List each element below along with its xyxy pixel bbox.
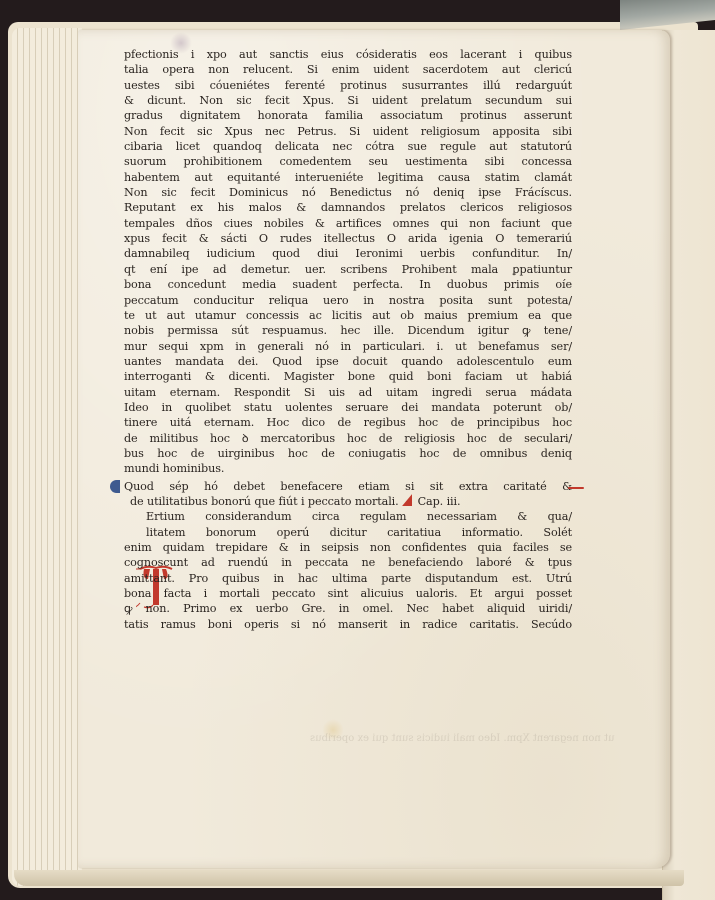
text-line: gradus dignitatem honorata familia assoc… — [124, 108, 572, 123]
red-line-filler — [568, 487, 584, 489]
text-line: uantes mandata dei. Quod ipse docuit qua… — [124, 354, 572, 369]
text-line: bus hoc de uirginibus hoc de coniugatis … — [124, 446, 572, 461]
text-line: habentem aut equitanté interueniéte legi… — [124, 170, 572, 185]
text-line: Ideo in quolibet statu uolentes seruare … — [124, 400, 572, 415]
text-line: damnabileq iudicium quod diui Ieronimi u… — [124, 246, 572, 261]
red-paragraph-mark-icon — [402, 494, 412, 506]
heading-line-text: de utilitatibus bonorú que fiút i peccat… — [130, 495, 399, 508]
text-line: ꝙ non. Primo ex uerbo Gre. in omel. Nec … — [124, 601, 572, 616]
text-line: amittant. Pro quibus in hac ultima parte… — [124, 571, 572, 586]
paragraph-2: Ertium considerandum circa regulam neces… — [124, 509, 572, 632]
text-line: uitam eternam. Respondit Si uis ad uitam… — [124, 385, 572, 400]
text-line: Non fecit sic Xpus nec Petrus. Si uident… — [124, 124, 572, 139]
text-block: pfectionis i xpo aut sanctis eius cóside… — [124, 47, 572, 632]
text-line: Ertium considerandum circa regulam neces… — [124, 509, 572, 524]
paragraph-1: pfectionis i xpo aut sanctis eius cóside… — [124, 47, 572, 477]
text-line: cibaria licet quandoq delicata nec cótra… — [124, 139, 572, 154]
chapter-label: Cap. iii. — [418, 495, 461, 508]
chapter-heading: Quod sép hó debet benefacere etiam si si… — [124, 479, 572, 510]
page-stack-edges — [12, 28, 82, 886]
text-line: bona facta i mortali peccato sint alicui… — [124, 586, 572, 601]
text-line: tatis ramus boni operis si nó manserit i… — [124, 617, 572, 632]
text-line: nobis permissa sút respuamus. hec ille. … — [124, 323, 572, 338]
text-line: de militibus hoc ꝺ mercatoribus hoc de r… — [124, 431, 572, 446]
text-line: qt ení ipe ad demetur. uer. scribens Pro… — [124, 262, 572, 277]
text-line: cognoscunt ad ruendú in peccata ne benef… — [124, 555, 572, 570]
text-line: interroganti & dicenti. Magister bone qu… — [124, 369, 572, 384]
heading-line: Quod sép hó debet benefacere etiam si si… — [124, 479, 572, 494]
text-line: & dicunt. Non sic fecit Xpus. Si uident … — [124, 93, 572, 108]
text-line: Reputant ex his malos & damnandos prelat… — [124, 200, 572, 215]
bleed-through-text: ut non negarent Xpm. Ideo mali iudicis s… — [310, 733, 614, 744]
text-line: suorum prohibitionem comedentem seu uest… — [124, 154, 572, 169]
text-line: te ut aut utamur concessis ac licitis au… — [124, 308, 572, 323]
text-line: uestes sibi cóueniétes ferenté protinus … — [124, 78, 572, 93]
text-line: litatem bonorum operú dicitur caritatiua… — [124, 525, 572, 540]
text-line: xpus fecit & sácti O rudes itellectus O … — [124, 231, 572, 246]
text-line: pfectionis i xpo aut sanctis eius cóside… — [124, 47, 572, 62]
text-line: bona concedunt media suadent perfecta. I… — [124, 277, 572, 292]
text-line: tempales dños ciues nobiles & artifices … — [124, 216, 572, 231]
text-line: mundi hominibus. — [124, 461, 572, 476]
heading-line-2: de utilitatibus bonorú que fiút i peccat… — [124, 494, 572, 509]
text-line: Non sic fecit Dominicus nó Benedictus nó… — [124, 185, 572, 200]
text-line: tinere uitá eternam. Hoc dico de regibus… — [124, 415, 572, 430]
blue-paragraph-mark-icon — [110, 480, 120, 493]
text-line: talia opera non relucent. Si enim uident… — [124, 62, 572, 77]
text-line: mur sequi xpm in generali nó in particul… — [124, 339, 572, 354]
text-line: enim quidam trepidare & in seipsis non c… — [124, 540, 572, 555]
text-line: peccatum conducitur reliqua uero in nost… — [124, 293, 572, 308]
page-stack-bottom — [14, 870, 684, 886]
